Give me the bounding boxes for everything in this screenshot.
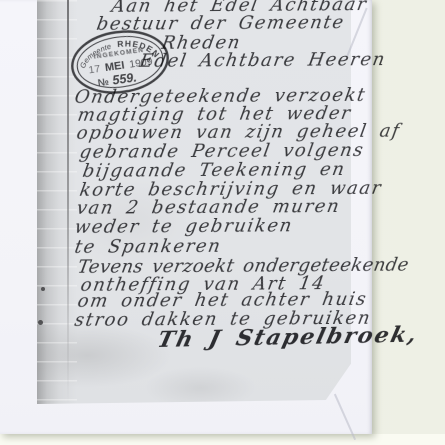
handwriting-line: weder te gebruiken (73, 215, 295, 238)
handwriting-line: Edel Achtbare Heeren (138, 49, 388, 72)
handwriting-line: te Spankeren (73, 236, 223, 258)
handwriting-line: bestuur der Gemeente (95, 12, 346, 35)
scanned-document: Gemeente RHEDEN INGEKOMEN INGEKOMEN 17 M… (0, 0, 445, 445)
scanner-bed-strip (0, 434, 445, 445)
signature: Th J Stapelbroek, (155, 322, 421, 353)
photocopy-sheet: Gemeente RHEDEN INGEKOMEN INGEKOMEN 17 M… (0, 0, 372, 434)
letter-body: Aan het Edel Achtbaar bestuur der Gemeen… (0, 0, 372, 434)
